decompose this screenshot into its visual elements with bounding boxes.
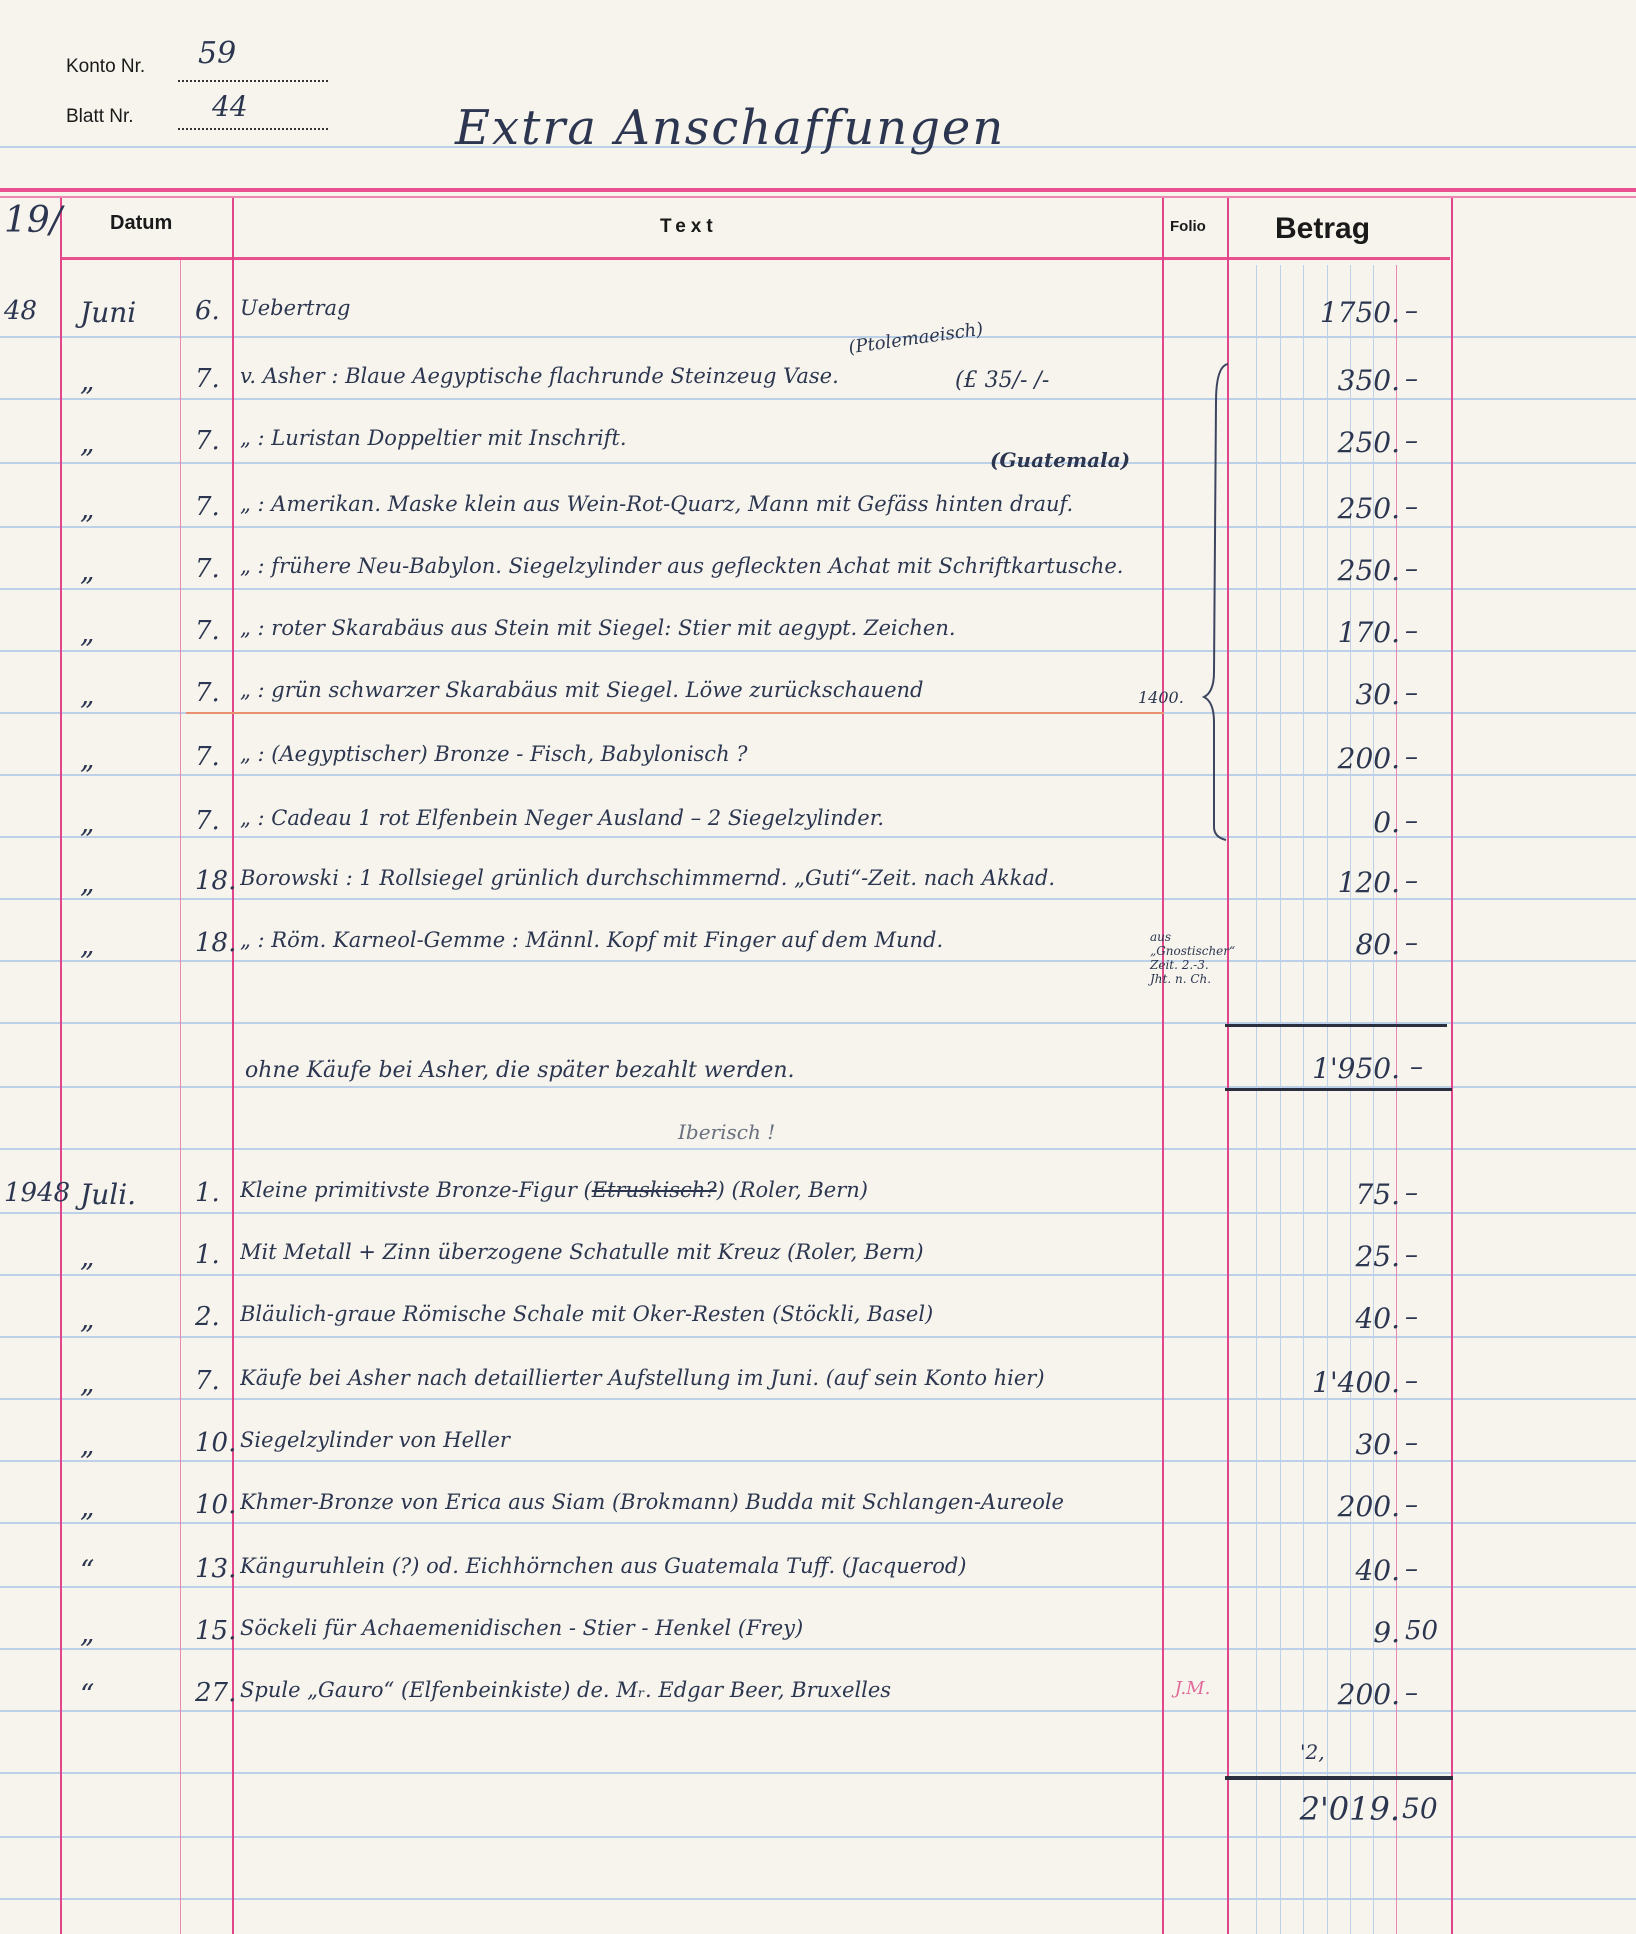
page-title: Extra Anschaffungen — [455, 100, 1005, 156]
entry-amount: 350. — [1228, 364, 1400, 397]
ledger-row: „10.Khmer-Bronze von Erica aus Siam (Bro… — [0, 1490, 1636, 1550]
entry-cents: – — [1405, 616, 1450, 646]
entry-text: Spule „Gauro“ (Elfenbeinkiste) de. Mᵣ. E… — [240, 1678, 1165, 1702]
entry-cents: – — [1405, 1678, 1450, 1708]
entry-month: Juli. — [80, 1178, 180, 1211]
entry-amount: 120. — [1228, 866, 1400, 899]
header-rule — [0, 188, 1636, 192]
annotation-bracket-total: 1400. — [1138, 688, 1184, 707]
entry-month: „ — [80, 678, 180, 711]
entry-text: Uebertrag — [240, 296, 1165, 320]
entry-month: „ — [80, 616, 180, 649]
entry-text: „ : roter Skarabäus aus Stein mit Siegel… — [240, 616, 1165, 640]
entry-month: “ — [80, 1554, 180, 1587]
entry-amount: 250. — [1228, 492, 1400, 525]
ledger-row: „7.v. Asher : Blaue Aegyptische flachrun… — [0, 364, 1636, 424]
column-header-rule — [60, 257, 1450, 260]
entry-day: 1. — [195, 1178, 235, 1208]
entry-day: 15. — [195, 1616, 235, 1646]
entry-month: „ — [80, 554, 180, 587]
entry-text: Borowski : 1 Rollsiegel grünlich durchsc… — [240, 866, 1165, 890]
entry-month: “ — [80, 1678, 180, 1711]
entry-day: 7. — [195, 364, 235, 394]
entry-cents: – — [1405, 296, 1450, 326]
entry-amount: 40. — [1228, 1302, 1400, 1335]
subtotal-cents: – — [1410, 1052, 1423, 1082]
entry-month: „ — [80, 1366, 180, 1399]
konto-value: 59 — [198, 36, 236, 71]
ledger-row: „7.„ : grün schwarzer Skarabäus mit Sieg… — [0, 678, 1636, 738]
entry-amount: 75. — [1228, 1178, 1400, 1211]
entry-month: „ — [80, 806, 180, 839]
entry-amount: 9. — [1228, 1616, 1400, 1649]
ruled-line — [0, 1898, 1636, 1900]
entry-cents: – — [1405, 1366, 1450, 1396]
total-amount: 2'019. — [1228, 1790, 1400, 1828]
entry-cents: – — [1405, 742, 1450, 772]
entry-day: 7. — [195, 806, 235, 836]
entry-text: Bläulich-graue Römische Schale mit Oker-… — [240, 1302, 1165, 1326]
entry-amount: 30. — [1228, 678, 1400, 711]
carry-note: '2, — [1300, 1740, 1325, 1764]
entry-cents: – — [1405, 426, 1450, 456]
subtotal-rule-top — [1225, 1024, 1447, 1027]
entry-month: „ — [80, 1428, 180, 1461]
entry-day: 13. — [195, 1554, 235, 1584]
annotation-guatemala: (Guatemala) — [990, 448, 1130, 472]
total-cents: 50 — [1402, 1792, 1438, 1825]
entry-cents: 50 — [1405, 1616, 1450, 1646]
entry-month: „ — [80, 426, 180, 459]
entry-day: 6. — [195, 296, 235, 326]
entry-text: Söckeli für Achaemenidischen - Stier - H… — [240, 1616, 1165, 1640]
entry-day: 7. — [195, 742, 235, 772]
entry-text: „ : Cadeau 1 rot Elfenbein Neger Ausland… — [240, 806, 1165, 830]
subtotal-rule-bottom — [1225, 1088, 1452, 1091]
ledger-row: „10.Siegelzylinder von Heller30.– — [0, 1428, 1636, 1488]
entry-month: „ — [80, 928, 180, 961]
entry-text: Känguruhlein (?) od. Eichhörnchen aus Gu… — [240, 1554, 1165, 1578]
ledger-row: „7.„ : frühere Neu-Babylon. Siegelzylind… — [0, 554, 1636, 614]
entry-day: 7. — [195, 554, 235, 584]
entry-day: 7. — [195, 492, 235, 522]
ledger-row: “27.Spule „Gauro“ (Elfenbeinkiste) de. M… — [0, 1678, 1636, 1738]
entry-text: Mit Metall + Zinn überzogene Schatulle m… — [240, 1240, 1165, 1264]
entry-cents: – — [1405, 1490, 1450, 1520]
ledger-row: „2.Bläulich-graue Römische Schale mit Ok… — [0, 1302, 1636, 1362]
entry-cents: – — [1405, 928, 1450, 958]
entry-amount: 1'400. — [1228, 1366, 1400, 1399]
entry-month: „ — [80, 742, 180, 775]
entry-cents: – — [1405, 1240, 1450, 1270]
annotation-iberisch: Iberisch ! — [678, 1120, 775, 1144]
entry-amount: 1750. — [1228, 296, 1400, 329]
annotation-gnostisch: aus „Gnostischer“ Zeit. 2.-3. Jht. n. Ch… — [1150, 930, 1232, 986]
entry-cents: – — [1405, 1428, 1450, 1458]
entry-cents: – — [1405, 678, 1450, 708]
subtotal-amount: 1'950. — [1228, 1052, 1400, 1085]
col-folio: Folio — [1170, 218, 1206, 235]
ledger-row: „15.Söckeli für Achaemenidischen - Stier… — [0, 1616, 1636, 1676]
entry-month: „ — [80, 1302, 180, 1335]
ruled-line — [0, 1772, 1636, 1774]
entry-year: 48 — [4, 296, 54, 326]
entry-day: 7. — [195, 616, 235, 646]
entry-amount: 200. — [1228, 1490, 1400, 1523]
entry-cents: – — [1405, 806, 1450, 836]
entry-cents: – — [1405, 1178, 1450, 1208]
entry-month: „ — [80, 1616, 180, 1649]
entry-month: „ — [80, 492, 180, 525]
brace-icon — [1200, 362, 1240, 842]
col-datum: Datum — [110, 212, 172, 235]
ledger-row: 48Juni6.Uebertrag1750.– — [0, 296, 1636, 356]
entry-cents: – — [1405, 1302, 1450, 1332]
entry-amount: 0. — [1228, 806, 1400, 839]
orange-underline — [186, 712, 1164, 714]
ledger-row: „7.„ : Luristan Doppeltier mit Inschrift… — [0, 426, 1636, 486]
col-text: Text — [660, 216, 718, 238]
entry-day: 10. — [195, 1428, 235, 1458]
entry-amount: 30. — [1228, 1428, 1400, 1461]
ruled-line — [0, 1836, 1636, 1838]
entry-text: Käufe bei Asher nach detaillierter Aufst… — [240, 1366, 1165, 1390]
entry-amount: 25. — [1228, 1240, 1400, 1273]
entry-month: Juni — [80, 296, 180, 329]
ledger-row: “13.Känguruhlein (?) od. Eichhörnchen au… — [0, 1554, 1636, 1614]
entry-amount: 200. — [1228, 1678, 1400, 1711]
entry-text: Kleine primitivste Bronze-Figur (Etruski… — [240, 1178, 1165, 1202]
entry-text: „ : Röm. Karneol-Gemme : Männl. Kopf mit… — [240, 928, 1165, 952]
subtotal-note: ohne Käufe bei Asher, die später bezahlt… — [245, 1058, 795, 1083]
entry-text: „ : Luristan Doppeltier mit Inschrift. — [240, 426, 1165, 450]
entry-text: „ : (Aegyptischer) Bronze - Fisch, Babyl… — [240, 742, 1165, 766]
entry-month: „ — [80, 866, 180, 899]
col-betrag: Betrag — [1275, 212, 1370, 246]
entry-day: 7. — [195, 426, 235, 456]
entry-amount: 250. — [1228, 554, 1400, 587]
entry-amount: 250. — [1228, 426, 1400, 459]
ledger-row: „18.Borowski : 1 Rollsiegel grünlich dur… — [0, 866, 1636, 926]
total-rule — [1225, 1776, 1453, 1780]
entry-year: 1948 — [4, 1178, 54, 1208]
konto-label: Konto Nr. — [66, 56, 145, 78]
entry-day: 27. — [195, 1678, 235, 1708]
entry-cents: – — [1405, 554, 1450, 584]
ledger-row: „1.Mit Metall + Zinn überzogene Schatull… — [0, 1240, 1636, 1300]
blatt-label: Blatt Nr. — [66, 106, 134, 128]
ruled-line — [0, 1148, 1636, 1150]
annotation-pound-price: (£ 35/- /- — [955, 368, 1049, 393]
entry-day: 7. — [195, 1366, 235, 1396]
entry-amount: 200. — [1228, 742, 1400, 775]
entry-day: 18. — [195, 928, 235, 958]
entry-day: 18. — [195, 866, 235, 896]
entry-text: Khmer-Bronze von Erica aus Siam (Brokman… — [240, 1490, 1165, 1514]
entry-month: „ — [80, 1490, 180, 1523]
entry-amount: 40. — [1228, 1554, 1400, 1587]
entry-day: 10. — [195, 1490, 235, 1520]
entry-amount: 80. — [1228, 928, 1400, 961]
entry-month: „ — [80, 1240, 180, 1273]
entry-amount: 170. — [1228, 616, 1400, 649]
entry-folio: J.M. — [1160, 1678, 1225, 1699]
entry-day: 1. — [195, 1240, 235, 1270]
entry-day: 7. — [195, 678, 235, 708]
ledger-row: „7.Käufe bei Asher nach detaillierter Au… — [0, 1366, 1636, 1426]
entry-cents: – — [1405, 492, 1450, 522]
ledger-row: „7.„ : (Aegyptischer) Bronze - Fisch, Ba… — [0, 742, 1636, 802]
entry-text: „ : frühere Neu-Babylon. Siegelzylinder … — [240, 554, 1165, 578]
entry-cents: – — [1405, 364, 1450, 394]
entry-day: 2. — [195, 1302, 235, 1332]
ledger-row: „7.„ : Cadeau 1 rot Elfenbein Neger Ausl… — [0, 806, 1636, 866]
entry-cents: – — [1405, 866, 1450, 896]
entry-text: „ : grün schwarzer Skarabäus mit Siegel.… — [240, 678, 1165, 702]
blatt-field-line — [178, 108, 328, 130]
ledger-row: „18.„ : Röm. Karneol-Gemme : Männl. Kopf… — [0, 928, 1636, 988]
entry-text: Siegelzylinder von Heller — [240, 1428, 1165, 1452]
ledger-row: „7.„ : Amerikan. Maske klein aus Wein-Ro… — [0, 492, 1636, 552]
blatt-value: 44 — [212, 90, 248, 123]
ledger-row: „7.„ : roter Skarabäus aus Stein mit Sie… — [0, 616, 1636, 676]
entry-cents: – — [1405, 1554, 1450, 1584]
year-prefix: 19/ — [4, 200, 62, 241]
ledger-row: 1948Juli.1.Kleine primitivste Bronze-Fig… — [0, 1178, 1636, 1238]
entry-month: „ — [80, 364, 180, 397]
entry-text: „ : Amerikan. Maske klein aus Wein-Rot-Q… — [240, 492, 1165, 516]
header-rule-thin — [0, 196, 1636, 198]
